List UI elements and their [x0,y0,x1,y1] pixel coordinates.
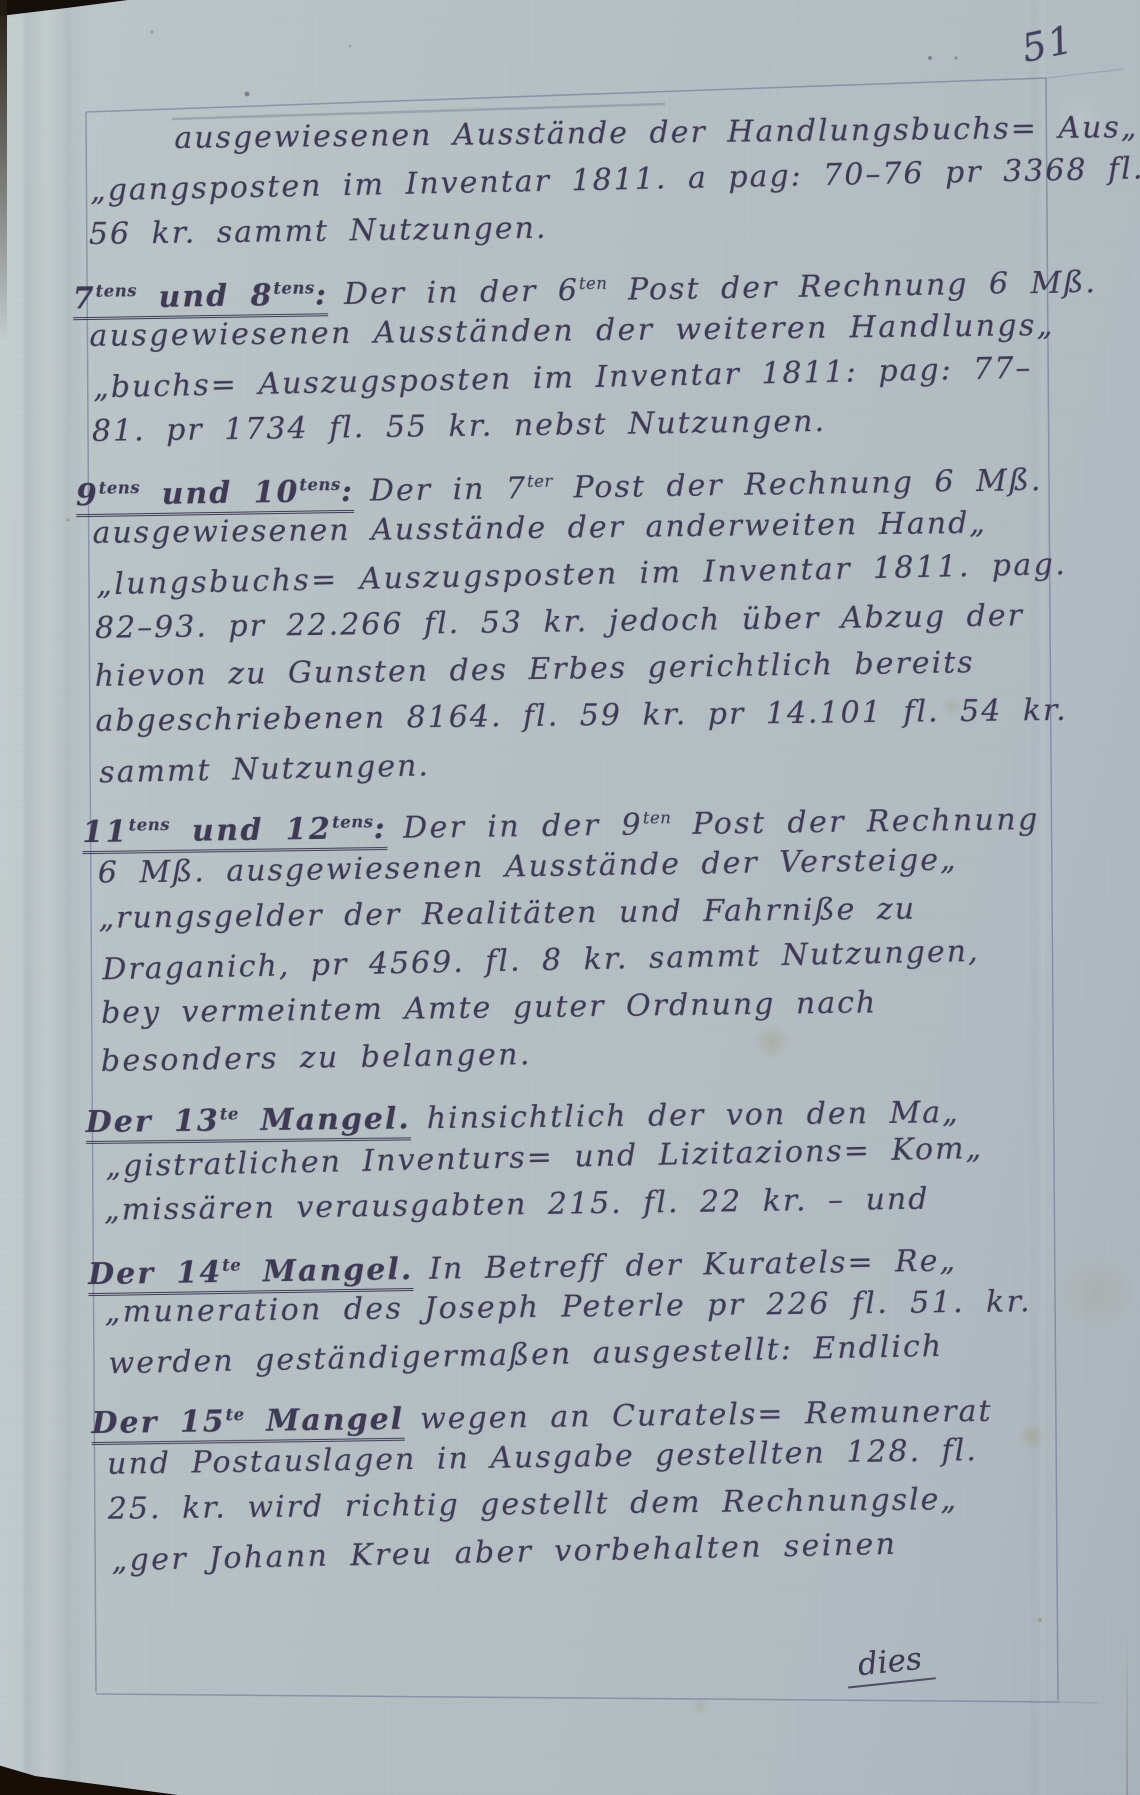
line-text: ausgewiesenen Ausstände der anderweiten … [92,506,987,551]
line-text: werden geständigermaßen ausgestellt: End… [108,1329,943,1381]
catchword: dies [844,1640,936,1689]
rule-bottom-extension [1060,1702,1098,1703]
section-heading: 11tens und 12tens: [82,811,387,854]
page-number: 51 [1018,17,1078,71]
line-text: hievon zu Gunsten des Erbes gerichtlich … [94,645,974,694]
line-text: „missären verausgabten 215. fl. 22 kr. –… [104,1182,930,1228]
manuscript-page: 51 ausgewiesenen Ausstände der Handlungs… [0,0,1140,1795]
binding-edge-left [0,0,7,340]
manuscript-text: ausgewiesenen Ausstände der Handlungsbuc… [86,103,1055,1582]
line-text: 81. pr 1734 fl. 55 kr. nebst Nutzungen. [92,404,827,449]
line-text: „rungsgelder der Realitäten und Fahrniße… [98,892,916,936]
line-text: 82–93. pr 22.266 fl. 53 kr. jedoch über … [95,598,1024,646]
rule-bottom [96,1694,1060,1702]
line-text: besonders zu belangen. [101,1037,533,1079]
rule-top-extension [1046,69,1124,78]
line-text: bey vermeintem Amte guter Ordnung nach [101,985,878,1031]
line-text: „ger Johann Kreu aber vorbehalten seinen [111,1527,897,1578]
line-text: 56 kr. sammt Nutzungen. [89,211,548,252]
line-text: 25. kr. wird richtig gestellt dem Rechnu… [108,1482,958,1527]
page-edge-shadow [1126,1630,1128,1795]
line-text: sammt Nutzungen. [99,748,430,790]
section-heading: Der 15te Mangel [91,1402,404,1445]
photo-background: 51 ausgewiesenen Ausstände der Handlungs… [0,0,1140,1795]
